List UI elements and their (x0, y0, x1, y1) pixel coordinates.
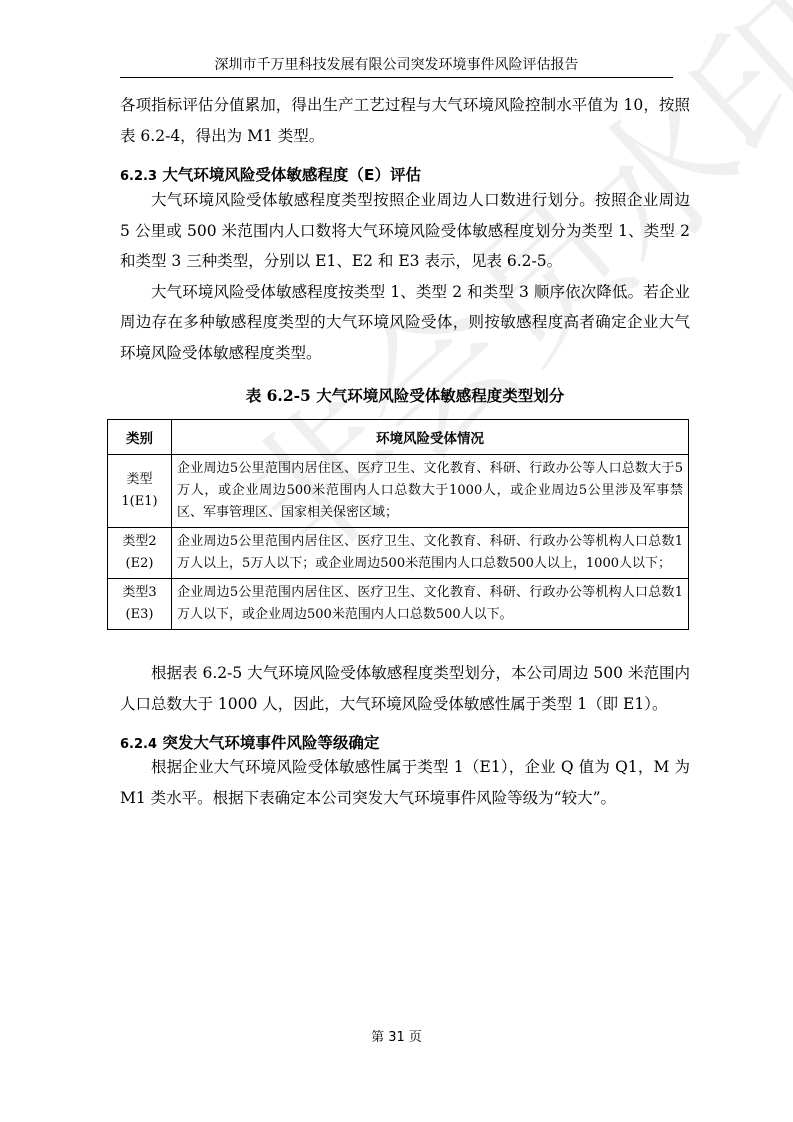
table-row: 类型3 (E3) 企业周边5公里范围内居住区、医疗卫生、文化教育、科研、行政办公… (108, 579, 689, 630)
section-623-body: 大气环境风险受体敏感程度类型按照企业周边人口数进行划分。按照企业周边 5 公里或… (120, 185, 690, 368)
section-heading-623: 6.2.3 大气环境风险受体敏感程度（E）评估 (120, 165, 421, 187)
after-table-paragraph: 根据表 6.2-5 大气环境风险受体敏感程度类型划分，本公司周边 500 米范围… (120, 658, 690, 719)
header-title: 深圳市千万里科技发展有限公司突发环境事件风险评估报告 (215, 57, 579, 73)
intro-block: 各项指标评估分值累加，得出生产工艺过程与大气环境风险控制水平值为 10，按照表 … (120, 90, 690, 151)
section-623-paragraph-2: 大气环境风险受体敏感程度按类型 1、类型 2 和类型 3 顺序依次降低。若企业周… (120, 277, 690, 369)
section-title: 突发大气环境事件风险等级确定 (162, 734, 379, 752)
after-table-block: 根据表 6.2-5 大气环境风险受体敏感程度类型划分，本公司周边 500 米范围… (120, 658, 690, 719)
row-category: 类型2 (E2) (108, 528, 172, 579)
intro-paragraph: 各项指标评估分值累加，得出生产工艺过程与大气环境风险控制水平值为 10，按照表 … (120, 90, 690, 151)
table-caption: 表 6.2-5 大气环境风险受体敏感程度类型划分 (120, 386, 690, 406)
section-624-paragraph: 根据企业大气环境风险受体敏感性属于类型 1（E1），企业 Q 值为 Q1，M 为… (120, 752, 690, 813)
header-category: 类别 (108, 420, 172, 455)
section-624-body: 根据企业大气环境风险受体敏感性属于类型 1（E1），企业 Q 值为 Q1，M 为… (120, 752, 690, 813)
table-header-row: 类别 环境风险受体情况 (108, 420, 689, 455)
table-row: 类型2 (E2) 企业周边5公里范围内居住区、医疗卫生、文化教育、科研、行政办公… (108, 528, 689, 579)
row-description: 企业周边5公里范围内居住区、医疗卫生、文化教育、科研、行政办公等机构人口总数1万… (172, 528, 689, 579)
sensitivity-table: 类别 环境风险受体情况 类型 1(E1) 企业周边5公里范围内居住区、医疗卫生、… (107, 419, 689, 630)
row-category: 类型 1(E1) (108, 455, 172, 528)
row-category: 类型3 (E3) (108, 579, 172, 630)
row-description: 企业周边5公里范围内居住区、医疗卫生、文化教育、科研、行政办公等人口总数大于5万… (172, 455, 689, 528)
page-number: 第 31 页 (371, 1030, 422, 1045)
page-header: 深圳市千万里科技发展有限公司突发环境事件风险评估报告 (120, 56, 673, 78)
section-623-paragraph-1: 大气环境风险受体敏感程度类型按照企业周边人口数进行划分。按照企业周边 5 公里或… (120, 185, 690, 277)
section-number: 6.2.4 (120, 737, 157, 752)
row-description: 企业周边5公里范围内居住区、医疗卫生、文化教育、科研、行政办公等机构人口总数1万… (172, 579, 689, 630)
section-number: 6.2.3 (120, 169, 157, 184)
section-title: 大气环境风险受体敏感程度（E）评估 (162, 166, 421, 184)
page-footer: 第 31 页 (0, 1026, 793, 1045)
table-row: 类型 1(E1) 企业周边5公里范围内居住区、医疗卫生、文化教育、科研、行政办公… (108, 455, 689, 528)
header-description: 环境风险受体情况 (172, 420, 689, 455)
